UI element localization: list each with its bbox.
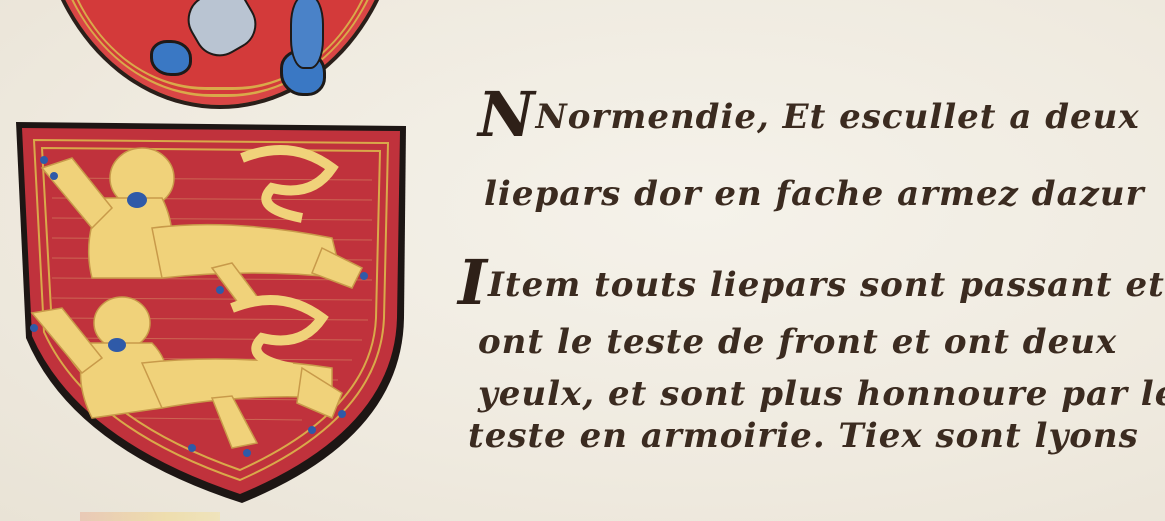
next-shield-edge — [80, 512, 220, 521]
initial-n: N — [478, 78, 536, 151]
lion-leg-right — [290, 0, 324, 69]
text-line-1: NNormendie, Et escullet a deux — [478, 78, 1140, 151]
normandy-shield — [12, 118, 410, 508]
text-line-6: teste en armoirie. Tiex sont lyons — [468, 416, 1139, 456]
upper-shield — [36, 0, 404, 109]
text-line-2: liepars dor en fache armez dazur — [484, 174, 1145, 214]
text-line-5: yeulx, et sont plus honnoure par le — [478, 374, 1165, 414]
normandy-shield-art — [12, 118, 410, 508]
text-line-3: IItem touts liepars sont passant et — [458, 246, 1165, 319]
text-line-4: ont le teste de front et ont deux — [478, 322, 1117, 362]
initial-i: I — [458, 246, 488, 319]
lion-paw-left — [150, 40, 192, 76]
